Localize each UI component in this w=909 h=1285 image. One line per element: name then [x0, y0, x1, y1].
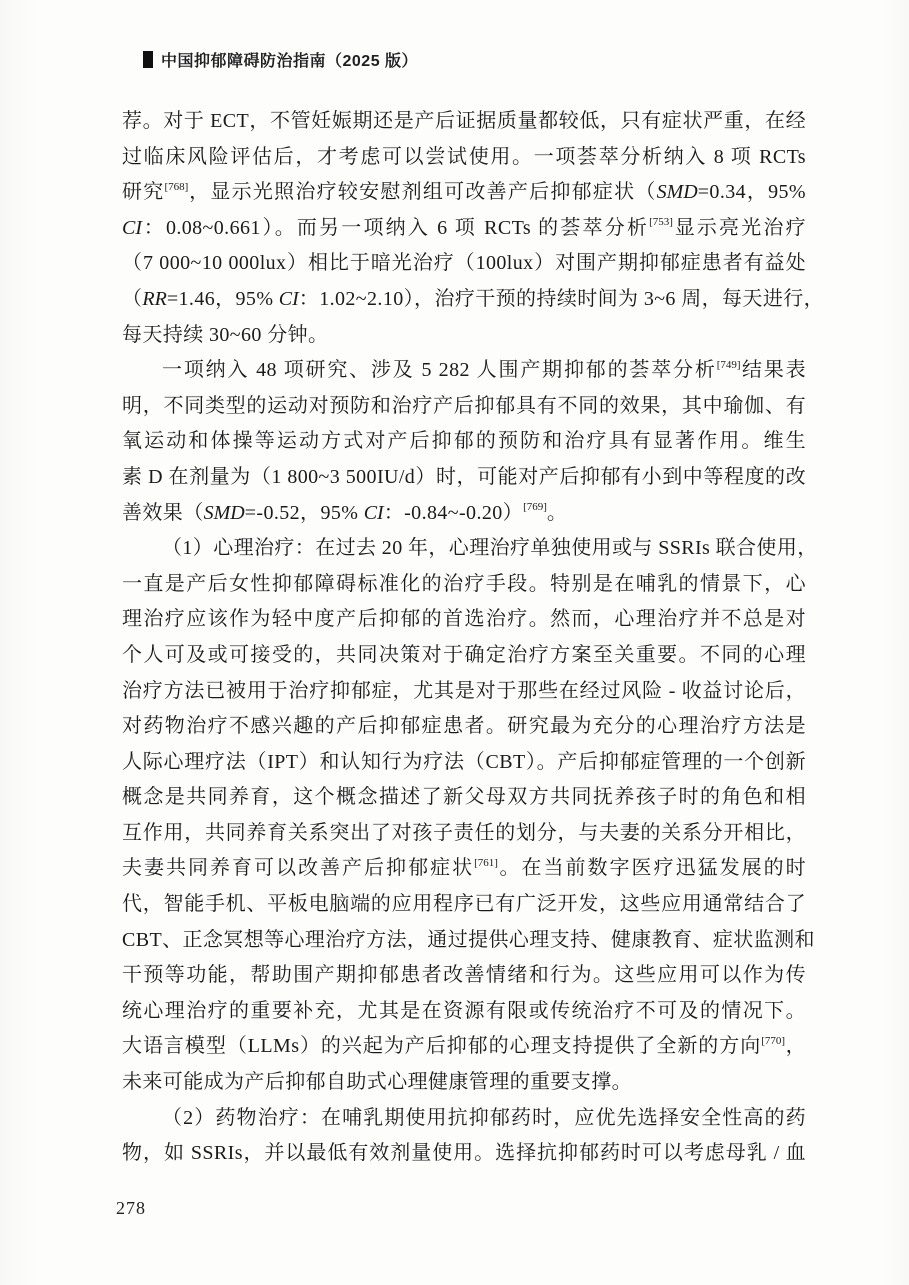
- text-line: 互作用，共同养育关系突出了对孩子责任的划分，与夫妻的关系分开相比，: [122, 816, 806, 852]
- text-line: 明，不同类型的运动对预防和治疗产后抑郁具有不同的效果，其中瑜伽、有: [122, 389, 806, 425]
- text-line: 个人可及或可接受的，共同决策对于确定治疗方案至关重要。不同的心理: [122, 638, 806, 674]
- text-line: CI：0.08~0.661）。而另一项纳入 6 项 RCTs 的荟萃分析[753…: [122, 211, 806, 247]
- reference-superscript: [753]: [649, 216, 673, 228]
- statistic-term: CI: [122, 217, 142, 239]
- statistic-term: SMD: [204, 502, 245, 524]
- text-line: （RR=1.46，95% CI：1.02~2.10），治疗干预的持续时间为 3~…: [122, 282, 806, 318]
- text-line: 夫妻共同养育可以改善产后抑郁症状[761]。在当前数字医疗迅猛发展的时: [122, 851, 806, 887]
- book-title: 中国抑郁障碍防治指南（2025 版）: [161, 48, 418, 71]
- text-line: 每天持续 30~60 分钟。: [122, 318, 806, 354]
- text-line: 大语言模型（LLMs）的兴起为产后抑郁的心理支持提供了全新的方向[770]，: [122, 1029, 806, 1065]
- text-line: CBT、正念冥想等心理治疗方法，通过提供心理支持、健康教育、症状监测和: [122, 923, 806, 959]
- text-line: 理治疗应该作为轻中度产后抑郁的首选治疗。然而，心理治疗并不总是对: [122, 602, 806, 638]
- text-line: 未来可能成为产后抑郁自助式心理健康管理的重要支撑。: [122, 1065, 806, 1101]
- statistic-term: SMD: [657, 181, 698, 203]
- text-line: 一项纳入 48 项研究、涉及 5 282 人围产期抑郁的荟萃分析[749]结果表: [122, 353, 806, 389]
- reference-superscript: [769]: [523, 501, 547, 513]
- text-line: 人际心理疗法（IPT）和认知行为疗法（CBT）。产后抑郁症管理的一个创新: [122, 745, 806, 781]
- text-line: 对药物治疗不感兴趣的产后抑郁症患者。研究最为充分的心理治疗方法是: [122, 709, 806, 745]
- text-line: 素 D 在剂量为（1 800~3 500IU/d）时，可能对产后抑郁有小到中等程…: [122, 460, 806, 496]
- text-line: 治疗方法已被用于治疗抑郁症，尤其是对于那些在经过风险 - 收益讨论后，: [122, 674, 806, 710]
- reference-superscript: [768]: [165, 181, 189, 193]
- text-line: 物，如 SSRIs，并以最低有效剂量使用。选择抗抑郁药时可以考虑母乳 / 血: [122, 1136, 806, 1172]
- book-page: 中国抑郁障碍防治指南（2025 版） 荐。对于 ECT，不管妊娠期还是产后证据质…: [0, 0, 909, 1285]
- text-line: （2）药物治疗：在哺乳期使用抗抑郁药时，应优先选择安全性高的药: [122, 1101, 806, 1137]
- text-line: 概念是共同养育，这个概念描述了新父母双方共同抚养孩子时的角色和相: [122, 780, 806, 816]
- statistic-term: CI: [279, 288, 299, 310]
- body-text: 荐。对于 ECT，不管妊娠期还是产后证据质量都较低，只有症状严重，在经过临床风险…: [122, 104, 806, 1172]
- text-line: （7 000~10 000lux）相比于暗光治疗（100lux）对围产期抑郁症患…: [122, 246, 806, 282]
- text-line: （1）心理治疗：在过去 20 年，心理治疗单独使用或与 SSRIs 联合使用，: [122, 531, 806, 567]
- text-line: 过临床风险评估后，才考虑可以尝试使用。一项荟萃分析纳入 8 项 RCTs: [122, 140, 806, 176]
- text-line: 荐。对于 ECT，不管妊娠期还是产后证据质量都较低，只有症状严重，在经: [122, 104, 806, 140]
- text-line: 统心理治疗的重要补充，尤其是在资源有限或传统治疗不可及的情况下。: [122, 994, 806, 1030]
- running-header: 中国抑郁障碍防治指南（2025 版）: [143, 48, 418, 71]
- reference-superscript: [761]: [474, 857, 498, 869]
- statistic-term: CI: [364, 502, 384, 524]
- statistic-term: RR: [142, 288, 166, 310]
- text-line: 研究[768]，显示光照治疗较安慰剂组可改善产后抑郁症状（SMD=0.34，95…: [122, 175, 806, 211]
- page-number: 278: [116, 1198, 146, 1219]
- text-line: 善效果（SMD=-0.52，95% CI：-0.84~-0.20）[769]。: [122, 496, 806, 532]
- reference-superscript: [770]: [761, 1035, 785, 1047]
- text-line: 一直是产后女性抑郁障碍标准化的治疗手段。特别是在哺乳的情景下，心: [122, 567, 806, 603]
- text-line: 代，智能手机、平板电脑端的应用程序已有广泛开发，这些应用通常结合了: [122, 887, 806, 923]
- header-square-icon: [143, 51, 153, 68]
- text-line: 干预等功能，帮助围产期抑郁患者改善情绪和行为。这些应用可以作为传: [122, 958, 806, 994]
- text-line: 氧运动和体操等运动方式对产后抑郁的预防和治疗具有显著作用。维生: [122, 424, 806, 460]
- reference-superscript: [749]: [717, 359, 741, 371]
